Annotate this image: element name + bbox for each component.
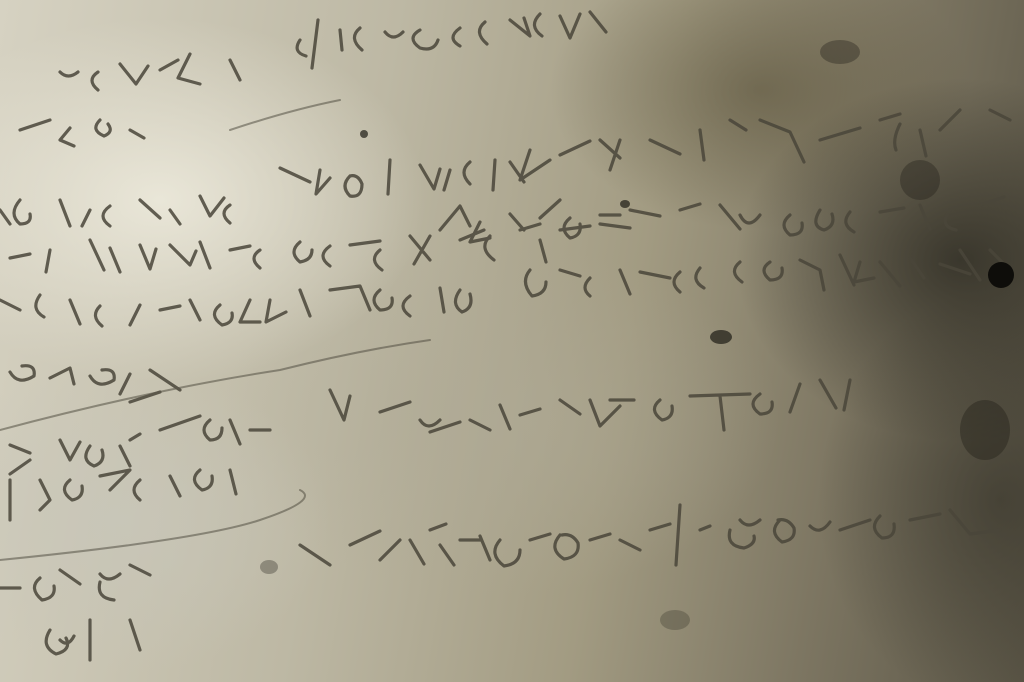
weathering-spot [660, 610, 690, 630]
inscription-line-6 [0, 286, 471, 326]
inscription-line-3 [20, 110, 1010, 196]
weathering-spot [620, 200, 630, 208]
inscription-line-4 [0, 196, 1004, 242]
inscription-line-7 [10, 366, 850, 432]
weathering-spot [820, 40, 860, 64]
inscription-line-5 [10, 224, 1010, 296]
weathering-spot [360, 130, 368, 138]
inscription-line-2 [60, 54, 240, 90]
weathering-spot [260, 560, 278, 574]
inscription-line-9 [300, 505, 1000, 566]
inscription-line-10 [0, 565, 150, 660]
weathering-spot [900, 160, 940, 200]
inscribed-clay-tablet-photo: ΕΙϹΥΡΕΕϹΑΝ ΟϹΑΙ ΚΕΦ ΕΤΑ ΤΟΙΑ ΗϹΚΑΛΛ ΕΝΙΜ… [0, 0, 1024, 682]
weathering-spot [710, 330, 732, 344]
weathering-spot [960, 400, 1010, 460]
weathering-spot [988, 262, 1014, 288]
inscription-line-8 [10, 416, 270, 520]
incised-letter-strokes [0, 0, 1024, 682]
inscription-line-1 [297, 12, 606, 68]
